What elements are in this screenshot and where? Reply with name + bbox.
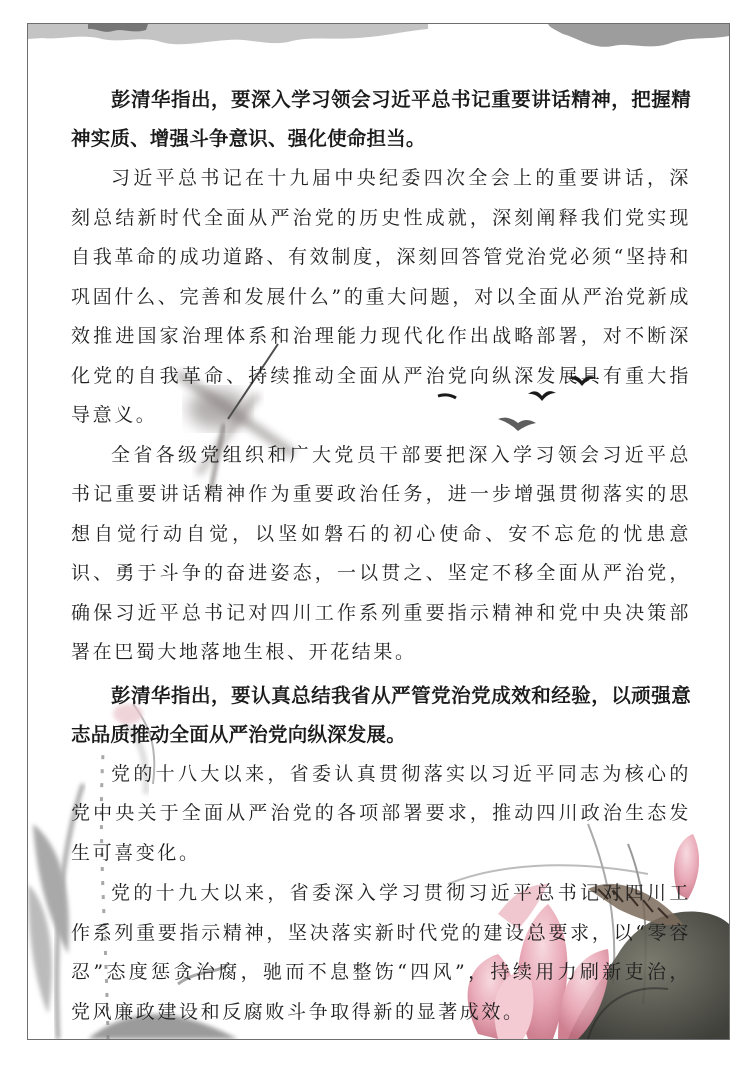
section-heading-2: 彭清华指出，要认真总结我省从严管党治党成效和经验，以顽强意志品质推动全面从严治党… [71,676,691,754]
body-paragraph-3: 党的十八大以来，省委认真贯彻落实以习近平同志为核心的党中央关于全面从严治党的各项… [71,755,691,874]
body-paragraph-1: 习近平总书记在十九届中央纪委四次全会上的重要讲话，深刻总结新时代全面从严治党的历… [71,159,691,436]
top-ink-cloud-icon [28,24,729,47]
document-page: 彭清华指出，要深入学习领会习近平总书记重要讲话精神，把握精神实质、增强斗争意识、… [27,23,730,1040]
section-heading-1: 彭清华指出，要深入学习领会习近平总书记重要讲话精神，把握精神实质、增强斗争意识、… [71,80,691,158]
body-paragraph-2: 全省各级党组织和广大党员干部要把深入学习领会习近平总书记重要讲话精神作为重要政治… [71,436,691,673]
document-content: 彭清华指出，要深入学习领会习近平总书记重要讲话精神，把握精神实质、增强斗争意识、… [71,80,691,1032]
body-paragraph-4: 党的十九大以来，省委深入学习贯彻习近平总书记对四川工作系列重要指示精神，坚决落实… [71,874,691,1032]
